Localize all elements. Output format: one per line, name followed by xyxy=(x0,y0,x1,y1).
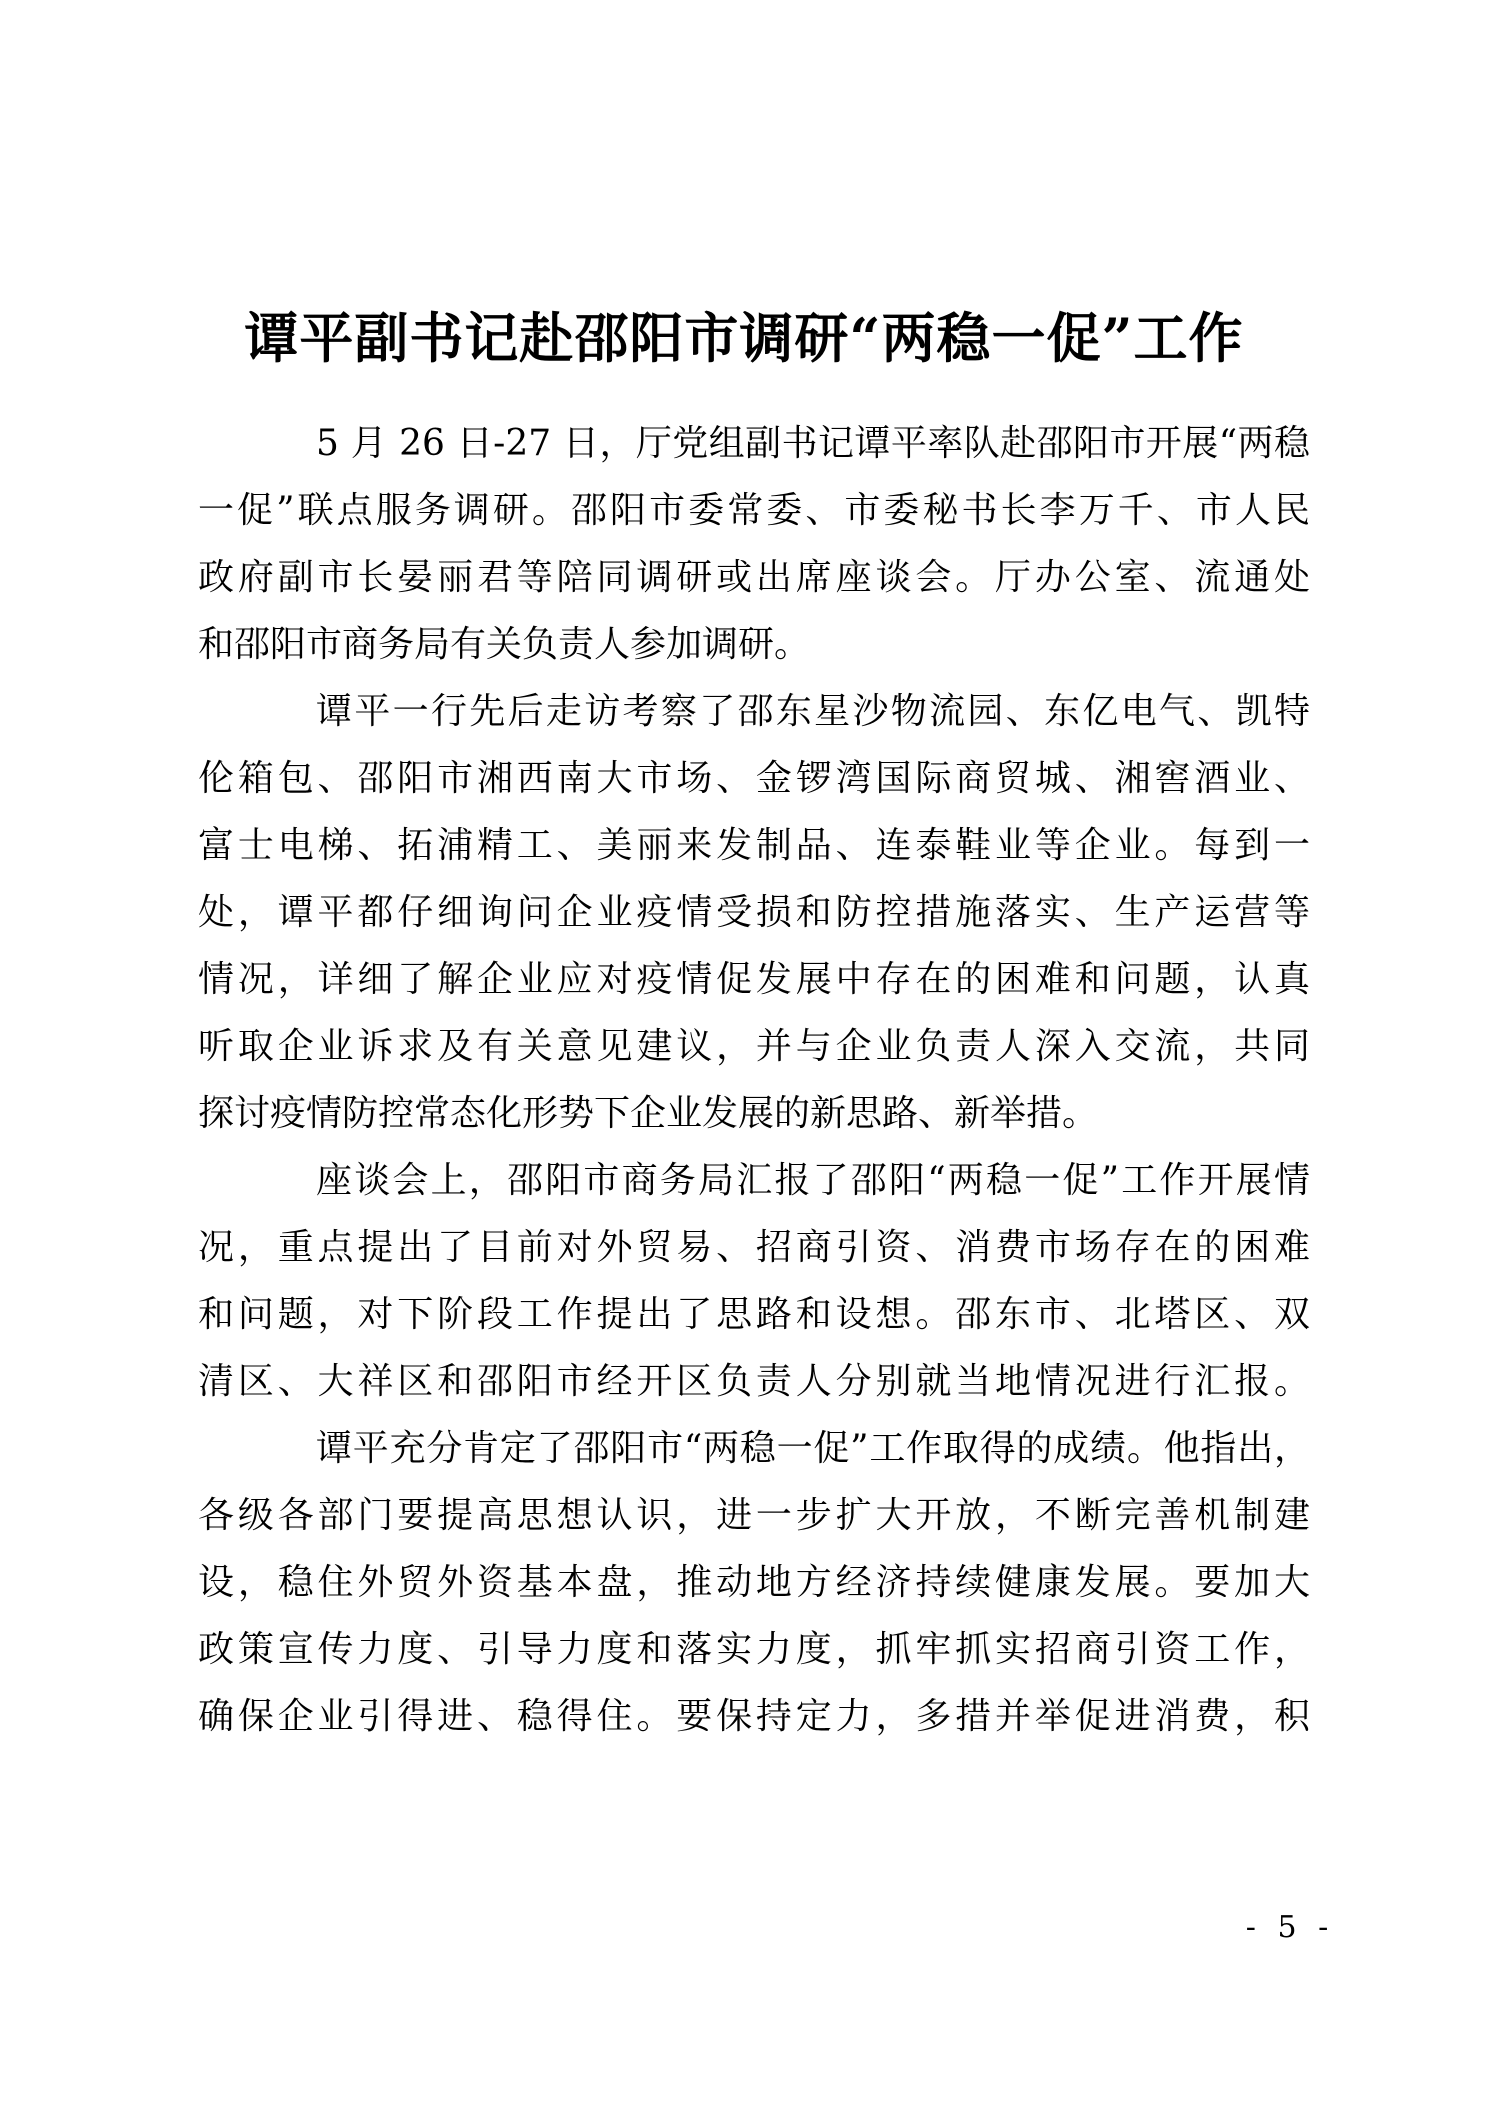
text-line: 清区、大祥区和邵阳市经开区负责人分别就当地情况进行汇报。 xyxy=(198,1348,1310,1415)
text-line: 况，重点提出了目前对外贸易、招商引资、消费市场存在的困难 xyxy=(198,1214,1310,1281)
document-title: 谭平副书记赴邵阳市调研“两稳一促”工作 xyxy=(0,298,1488,378)
text-line: 各级各部门要提高思想认识，进一步扩大开放，不断完善机制建 xyxy=(198,1482,1310,1549)
text-line: 伦箱包、邵阳市湘西南大市场、金锣湾国际商贸城、湘窖酒业、 xyxy=(198,745,1310,812)
text-line: 处，谭平都仔细询问企业疫情受损和防控措施落实、生产运营等 xyxy=(198,879,1310,946)
document-body: 5 月 26 日-27 日，厅党组副书记谭平率队赴邵阳市开展“两稳 一促”联点服… xyxy=(198,410,1310,1750)
text-line: 确保企业引得进、稳得住。要保持定力，多措并举促进消费，积 xyxy=(198,1683,1310,1750)
text-line: 5 月 26 日-27 日，厅党组副书记谭平率队赴邵阳市开展“两稳 xyxy=(198,410,1310,477)
text-line: 情况，详细了解企业应对疫情促发展中存在的困难和问题，认真 xyxy=(198,946,1310,1013)
text-line: 和问题，对下阶段工作提出了思路和设想。邵东市、北塔区、双 xyxy=(198,1281,1310,1348)
text-line: 座谈会上，邵阳市商务局汇报了邵阳“两稳一促”工作开展情 xyxy=(198,1147,1310,1214)
text-line: 谭平充分肯定了邵阳市“两稳一促”工作取得的成绩。他指出， xyxy=(198,1415,1310,1482)
text-line: 政府副市长晏丽君等陪同调研或出席座谈会。厅办公室、流通处 xyxy=(198,544,1310,611)
text-line: 政策宣传力度、引导力度和落实力度，抓牢抓实招商引资工作， xyxy=(198,1616,1310,1683)
paragraph-4: 谭平充分肯定了邵阳市“两稳一促”工作取得的成绩。他指出， 各级各部门要提高思想认… xyxy=(198,1415,1310,1750)
document-page: 谭平副书记赴邵阳市调研“两稳一促”工作 5 月 26 日-27 日，厅党组副书记… xyxy=(0,0,1488,2105)
text-line: 一促”联点服务调研。邵阳市委常委、市委秘书长李万千、市人民 xyxy=(198,477,1310,544)
text-line: 设，稳住外贸外资基本盘，推动地方经济持续健康发展。要加大 xyxy=(198,1549,1310,1616)
text-line: 和邵阳市商务局有关负责人参加调研。 xyxy=(198,611,1310,678)
text-line: 谭平一行先后走访考察了邵东星沙物流园、东亿电气、凯特 xyxy=(198,678,1310,745)
paragraph-2: 谭平一行先后走访考察了邵东星沙物流园、东亿电气、凯特 伦箱包、邵阳市湘西南大市场… xyxy=(198,678,1310,1147)
text-line: 听取企业诉求及有关意见建议，并与企业负责人深入交流，共同 xyxy=(198,1013,1310,1080)
paragraph-3: 座谈会上，邵阳市商务局汇报了邵阳“两稳一促”工作开展情 况，重点提出了目前对外贸… xyxy=(198,1147,1310,1415)
text-line: 富士电梯、拓浦精工、美丽来发制品、连泰鞋业等企业。每到一 xyxy=(198,812,1310,879)
paragraph-1: 5 月 26 日-27 日，厅党组副书记谭平率队赴邵阳市开展“两稳 一促”联点服… xyxy=(198,410,1310,678)
text-line: 探讨疫情防控常态化形势下企业发展的新思路、新举措。 xyxy=(198,1080,1310,1147)
page-number: - 5 - xyxy=(1240,1910,1340,1945)
